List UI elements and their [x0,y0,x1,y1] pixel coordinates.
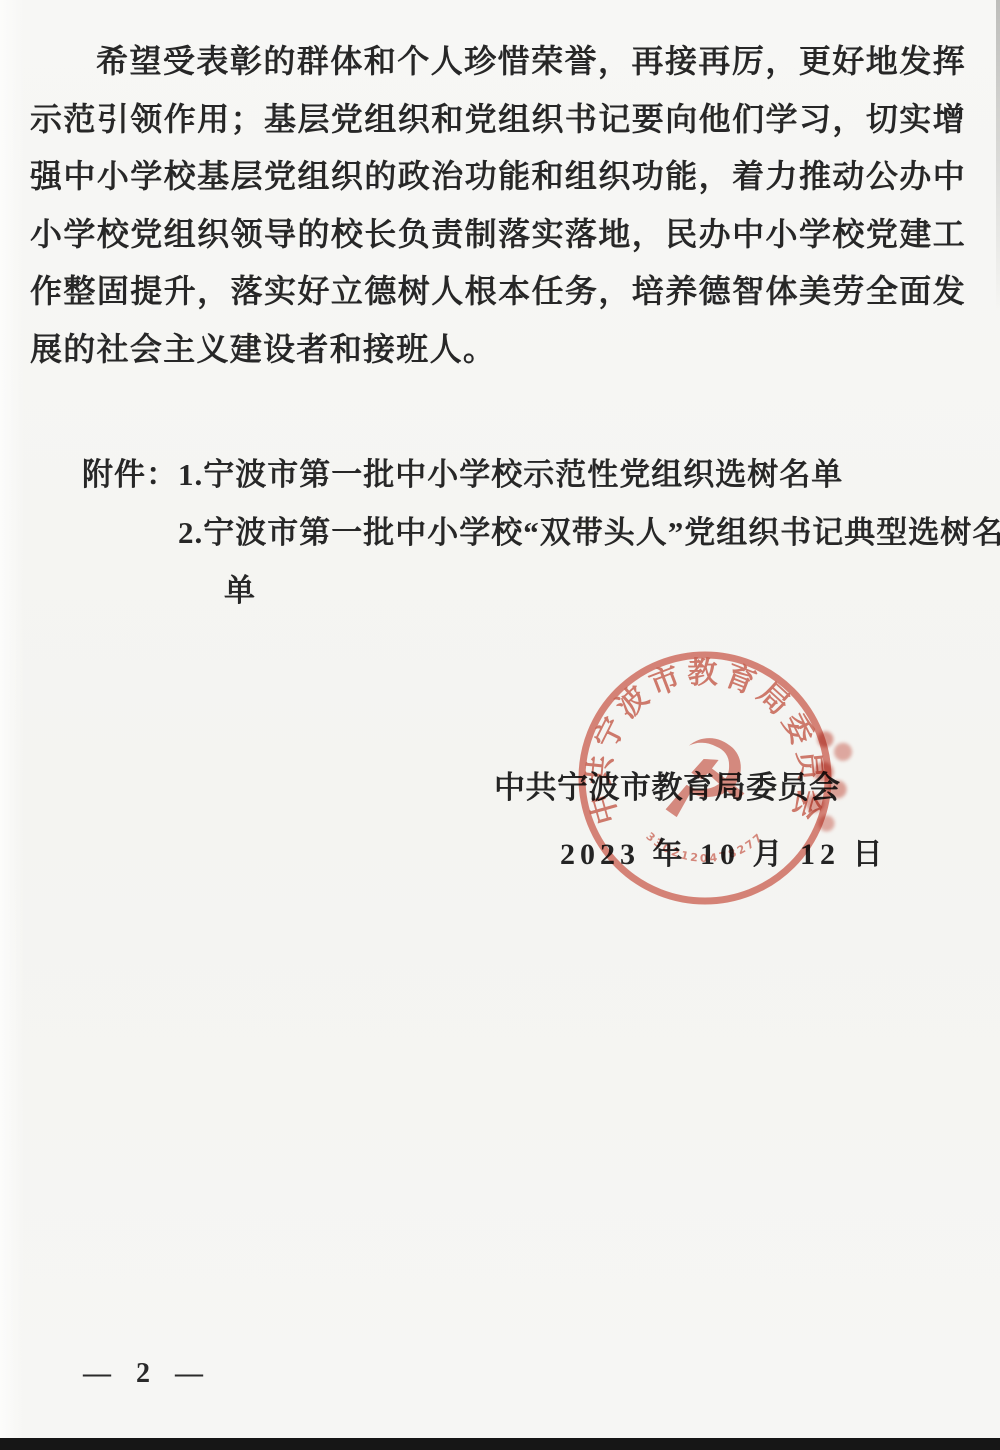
hammer-and-sickle-icon: ☭ [657,718,754,843]
attachment-item: 2.宁波市第一批中小学校“双带头人”党组织书记典型选树名单 [178,504,1000,620]
attachment-item: 1.宁波市第一批中小学校示范性党组织选树名单 [178,446,978,504]
body-paragraph: 希望受表彰的群体和个人珍惜荣誉，再接再厉，更好地发挥示范引领作用；基层党组织和党… [30,33,966,378]
bottom-scan-bar [0,1438,1000,1450]
scanned-document-page: 希望受表彰的群体和个人珍惜荣誉，再接再厉，更好地发挥示范引领作用；基层党组织和党… [0,0,1000,1450]
right-scan-edge [996,0,1000,310]
attachments-list: 1.宁波市第一批中小学校示范性党组织选树名单 2.宁波市第一批中小学校“双带头人… [178,446,978,620]
attachments-section: 附件： 1.宁波市第一批中小学校示范性党组织选树名单 2.宁波市第一批中小学校“… [82,446,962,620]
page-number: — 2 — [83,1358,212,1390]
left-page-edge [0,0,24,1450]
attachments-label: 附件： [82,446,178,620]
